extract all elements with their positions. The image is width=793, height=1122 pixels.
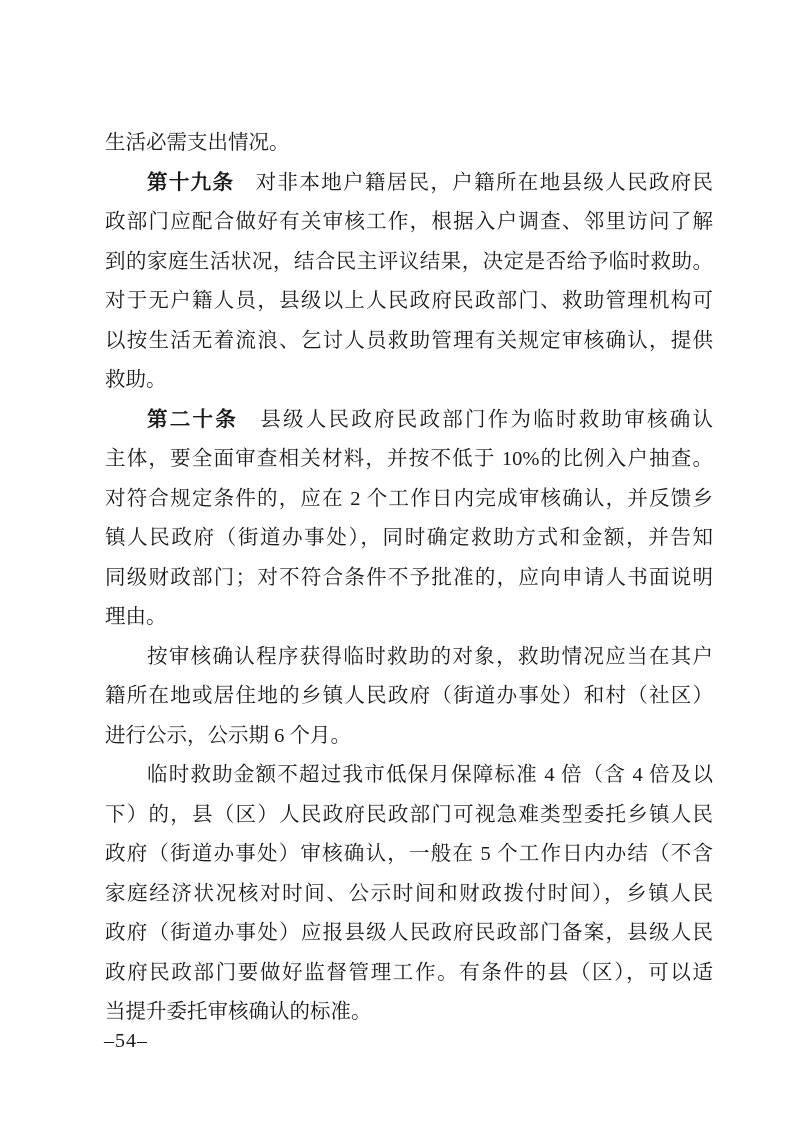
text-line: 镇人民政府（街道办事处），同时确定救助方式和金额，并告知 <box>105 519 713 559</box>
line-text: 对符合规定条件的，应在 2 个工作日内完成审核确认，并反馈乡 <box>105 488 713 510</box>
text-line: 进行公示，公示期 6 个月。 <box>105 717 713 757</box>
text-line: 理由。 <box>105 598 713 638</box>
line-text: 对于无户籍人员，县级以上人民政府民政部门、救助管理机构可 <box>105 290 713 312</box>
line-text: 主体，要全面审查相关材料，并按不低于 10%的比例入户抽查。 <box>105 448 713 470</box>
text-line: 政部门应配合做好有关审核工作，根据入户调查、邻里访问了解 <box>105 203 713 243</box>
line-text: 政府（街道办事处）应报县级人民政府民政部门备案，县级人民 <box>105 922 713 944</box>
text-line: 生活必需支出情况。 <box>105 124 713 164</box>
line-text: 临时救助金额不超过我市低保月保障标准 4 倍（含 4 倍及以 <box>147 764 713 786</box>
line-text: 生活必需支出情况。 <box>105 132 290 154</box>
text-line: 第二十条县级人民政府民政部门作为临时救助审核确认 <box>105 401 713 441</box>
document-body: 生活必需支出情况。第十九条对非本地户籍居民，户籍所在地县级人民政府民政部门应配合… <box>105 124 713 1033</box>
text-line: 以按生活无着流浪、乞讨人员救助管理有关规定审核确认，提供 <box>105 322 713 362</box>
text-line: 临时救助金额不超过我市低保月保障标准 4 倍（含 4 倍及以 <box>105 756 713 796</box>
article-number: 第十九条 <box>147 172 234 194</box>
line-text: 县级人民政府民政部门作为临时救助审核确认 <box>258 409 713 431</box>
article-number: 第二十条 <box>147 409 238 431</box>
text-line: 政府（街道办事处）审核确认，一般在 5 个工作日内办结（不含 <box>105 835 713 875</box>
line-text: 政府（街道办事处）审核确认，一般在 5 个工作日内办结（不含 <box>105 843 713 865</box>
line-text: 镇人民政府（街道办事处），同时确定救助方式和金额，并告知 <box>105 527 713 549</box>
line-text: 救助。 <box>105 369 167 391</box>
line-text: 同级财政部门；对不符合条件不予批准的，应向申请人书面说明 <box>105 567 713 589</box>
line-text: 进行公示，公示期 6 个月。 <box>105 725 351 747</box>
line-text: 政部门应配合做好有关审核工作，根据入户调查、邻里访问了解 <box>105 211 713 233</box>
line-text: 以按生活无着流浪、乞讨人员救助管理有关规定审核确认，提供 <box>105 330 713 352</box>
line-text: 籍所在地或居住地的乡镇人民政府（街道办事处）和村（社区） <box>105 685 713 707</box>
page-number: –54– <box>104 1028 148 1054</box>
text-line: 下）的，县（区）人民政府民政部门可视急难类型委托乡镇人民 <box>105 796 713 836</box>
text-line: 救助。 <box>105 361 713 401</box>
line-text: 到的家庭生活状况，结合民主评议结果，决定是否给予临时救助。 <box>105 251 713 273</box>
line-text: 下）的，县（区）人民政府民政部门可视急难类型委托乡镇人民 <box>105 804 713 826</box>
line-text: 理由。 <box>105 606 167 628</box>
text-line: 家庭经济状况核对时间、公示时间和财政拨付时间），乡镇人民 <box>105 875 713 915</box>
text-line: 按审核确认程序获得临时救助的对象，救助情况应当在其户 <box>105 638 713 678</box>
text-line: 籍所在地或居住地的乡镇人民政府（街道办事处）和村（社区） <box>105 677 713 717</box>
text-line: 到的家庭生活状况，结合民主评议结果，决定是否给予临时救助。 <box>105 243 713 283</box>
text-line: 当提升委托审核确认的标准。 <box>105 993 713 1033</box>
line-text: 家庭经济状况核对时间、公示时间和财政拨付时间），乡镇人民 <box>105 883 713 905</box>
text-line: 对符合规定条件的，应在 2 个工作日内完成审核确认，并反馈乡 <box>105 480 713 520</box>
document-page: 生活必需支出情况。第十九条对非本地户籍居民，户籍所在地县级人民政府民政部门应配合… <box>0 0 793 1122</box>
text-line: 政府民政部门要做好监督管理工作。有条件的县（区），可以适 <box>105 954 713 994</box>
text-line: 政府（街道办事处）应报县级人民政府民政部门备案，县级人民 <box>105 914 713 954</box>
text-line: 第十九条对非本地户籍居民，户籍所在地县级人民政府民 <box>105 164 713 204</box>
line-text: 当提升委托审核确认的标准。 <box>105 1001 372 1023</box>
text-line: 同级财政部门；对不符合条件不予批准的，应向申请人书面说明 <box>105 559 713 599</box>
text-line: 对于无户籍人员，县级以上人民政府民政部门、救助管理机构可 <box>105 282 713 322</box>
line-text: 政府民政部门要做好监督管理工作。有条件的县（区），可以适 <box>105 962 713 984</box>
line-text: 按审核确认程序获得临时救助的对象，救助情况应当在其户 <box>147 646 713 668</box>
text-line: 主体，要全面审查相关材料，并按不低于 10%的比例入户抽查。 <box>105 440 713 480</box>
line-text: 对非本地户籍居民，户籍所在地县级人民政府民 <box>254 172 713 194</box>
